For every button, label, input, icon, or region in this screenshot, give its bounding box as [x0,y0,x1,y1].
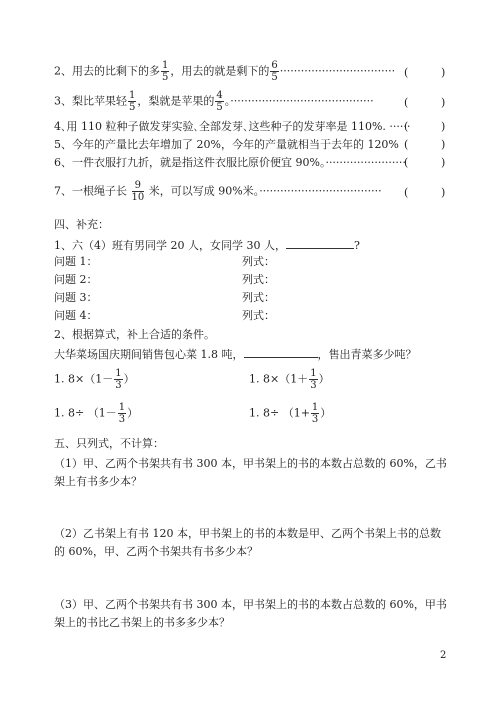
formula-label-1: 列式： [242,255,275,269]
answer-paren-close: ) [441,120,445,133]
fill-blank[interactable] [244,346,318,358]
formula-label-3: 列式： [242,291,275,305]
problem-1-line-2: 架上有书多少本？ [54,475,142,489]
supplement-question-1: 1、六（4）班有男同学 20 人，女同学 30 人，? [54,237,360,253]
supplement-question-2-title: 2、根据算式，补上合适的条件。 [54,328,215,342]
fraction: 15 [128,90,136,113]
answer-paren-close: ) [441,66,445,79]
question-label-1: 问题 1： [54,255,98,269]
fraction: 910 [132,180,145,203]
judgement-item-3: 3、梨比苹果轻15，梨就是苹果的45。·····················… [54,90,374,113]
problem-3-line-2: 架上的书比乙书架上的书多多少本？ [54,616,230,630]
supplement-question-2-text: 大华菜场国庆期间销售包心菜 1.8 吨，，售出青菜多少吨？ [54,346,417,362]
item-text: 2、用去的比剩下的多 [54,65,160,78]
answer-paren-open: ( [404,120,408,133]
page-number: 2 [440,650,446,661]
answer-paren-open: ( [404,96,408,109]
question-label-3: 问题 3： [54,291,98,305]
answer-paren-close: ) [441,186,445,199]
problem-3-line-1: （3）甲、乙两个书架共有书 300 本，甲书架上的书的本数占总数的 60%，甲书 [54,598,447,612]
section-title-supplement: 四、补充： [54,218,109,232]
formula-3: 1. 8÷ （1－13） [54,402,138,425]
question-label-2: 问题 2： [54,273,98,287]
judgement-item-6: 6、一件衣服打九折，就是指这件衣服比原价便宜 90%。·············… [54,156,406,170]
judgement-item-4: 4､用 110 粒种子做发芽实验､全部发芽､这些种子的发芽率是 110%. ··… [54,120,410,134]
judgement-item-2: 2、用去的比剩下的多15，用去的就是剩下的65·················… [54,60,395,83]
answer-paren-close: ) [441,96,445,109]
answer-paren-close: ) [441,156,445,169]
problem-2-line-2: 的 60%，甲、乙两个书架共有书多少本？ [54,545,258,559]
answer-paren-open: ( [404,156,408,169]
question-label-4: 问题 4： [54,309,98,323]
fraction: 45 [215,90,223,113]
answer-paren-open: ( [404,66,408,79]
formula-2: 1. 8×（1＋13） [249,368,330,391]
formula-label-2: 列式： [242,273,275,287]
judgement-item-5: 5、今年的产量比去年增加了 20%，今年的产量就相当于去年的 120% [54,138,399,152]
formula-1: 1. 8×（1－13） [54,368,135,391]
formula-label-4: 列式： [242,309,275,323]
judgement-item-7: 7、一根绳子长 910 米，可以写成 90%米。················… [54,180,382,203]
fill-blank[interactable] [286,237,354,249]
fraction: 65 [270,60,278,83]
answer-paren-open: ( [404,186,408,199]
problem-2-line-1: （2）乙书架上有书 120 本，甲书架上的书的本数是甲、乙两个书架上书的总数 [54,527,441,541]
answer-paren-open: ( [404,138,408,151]
fraction: 15 [161,60,169,83]
answer-paren-close: ) [441,138,445,151]
problem-1-line-1: （1）甲、乙两个书架共有书 300 本，甲书架上的书的本数占总数的 60%，乙书 [54,457,447,471]
section-title-formula-only: 五、只列式，不计算： [54,437,164,451]
formula-4: 1. 8÷ （1+13） [249,402,331,425]
